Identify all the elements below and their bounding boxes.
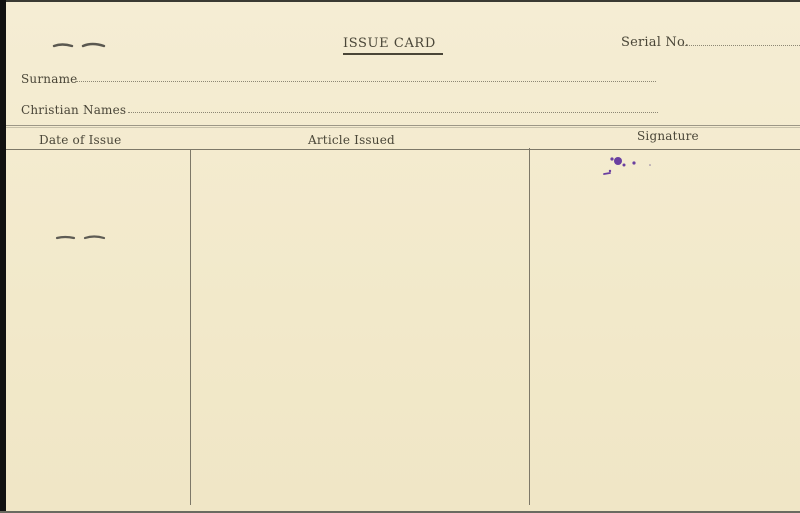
header-rule-top-faint xyxy=(6,127,800,128)
serial-number-label: Serial No. xyxy=(621,35,689,50)
signature-column[interactable] xyxy=(530,150,800,505)
date-of-issue-column[interactable] xyxy=(6,150,190,505)
issue-card: ISSUE CARD Serial No. Surname Christian … xyxy=(6,2,800,511)
surname-label: Surname xyxy=(21,72,77,86)
card-title: ISSUE CARD xyxy=(343,36,436,51)
ink-blot-icon xyxy=(600,152,660,182)
serial-number-field[interactable] xyxy=(682,45,800,46)
column-header-article-issued: Article Issued xyxy=(308,133,395,147)
handwritten-dash-marks-row xyxy=(54,232,112,244)
title-underline xyxy=(343,53,443,55)
article-issued-column[interactable] xyxy=(191,150,529,505)
column-header-signature: Signature xyxy=(637,129,699,143)
header-rule-top xyxy=(6,125,800,126)
handwritten-dash-marks xyxy=(50,40,110,52)
christian-names-field[interactable] xyxy=(128,112,658,113)
surname-field[interactable] xyxy=(76,81,656,82)
column-header-date-of-issue: Date of Issue xyxy=(39,133,121,147)
christian-names-label: Christian Names xyxy=(21,103,126,117)
